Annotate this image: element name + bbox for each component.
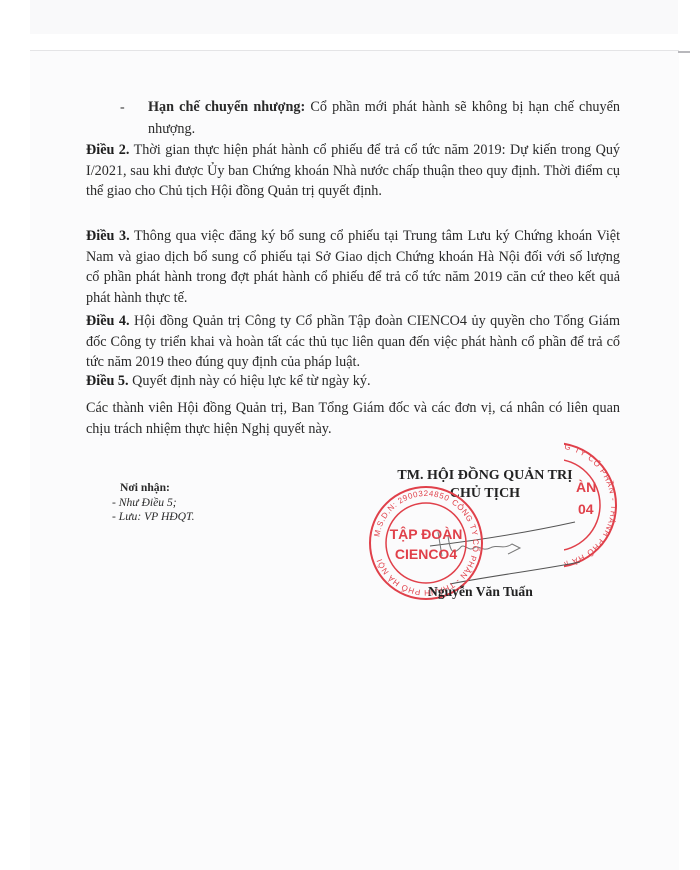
article-4: Điều 4. Hội đồng Quản trị Công ty Cổ phầ… xyxy=(86,311,620,373)
article-3: Điều 3. Thông qua việc đăng ký bổ sung c… xyxy=(86,226,620,308)
bullet-label: Hạn chế chuyển nhượng: xyxy=(148,99,305,115)
recipient-item: - Lưu: VP HĐQT. xyxy=(112,510,195,525)
page-edge-mark xyxy=(678,51,690,53)
signer-name: Nguyễn Văn Tuấn xyxy=(428,584,533,600)
article-label: Điều 2. xyxy=(86,142,129,158)
recipient-item: - Như Điều 5; xyxy=(112,496,195,511)
transfer-restriction-item: Hạn chế chuyển nhượng: Cổ phần mới phát … xyxy=(148,96,620,140)
article-label: Điều 4. xyxy=(86,313,130,329)
svg-text:CIENCO4: CIENCO4 xyxy=(395,546,457,562)
article-text: Quyết định này có hiệu lực kể từ ngày ký… xyxy=(129,373,371,389)
article-label: Điều 5. xyxy=(86,373,129,389)
svg-text:TẬP ĐOÀN: TẬP ĐOÀN xyxy=(390,525,463,542)
previous-page-bottom xyxy=(30,0,678,34)
article-text: Thông qua việc đăng ký bổ sung cổ phiếu … xyxy=(86,228,620,306)
bullet-marker: - xyxy=(120,100,125,116)
recipients-block: Nơi nhận: - Như Điều 5; - Lưu: VP HĐQT. xyxy=(112,481,195,525)
closing-paragraph: Các thành viên Hội đồng Quản trị, Ban Tổ… xyxy=(86,398,620,439)
recipients-title: Nơi nhận: xyxy=(112,481,195,496)
article-5: Điều 5. Quyết định này có hiệu lực kể từ… xyxy=(86,371,620,392)
article-text: Hội đồng Quản trị Công ty Cổ phần Tập đo… xyxy=(86,313,620,370)
article-text: Thời gian thực hiện phát hành cổ phiếu đ… xyxy=(86,142,620,199)
article-label: Điều 3. xyxy=(86,228,130,244)
article-2: Điều 2. Thời gian thực hiện phát hành cổ… xyxy=(86,140,620,202)
